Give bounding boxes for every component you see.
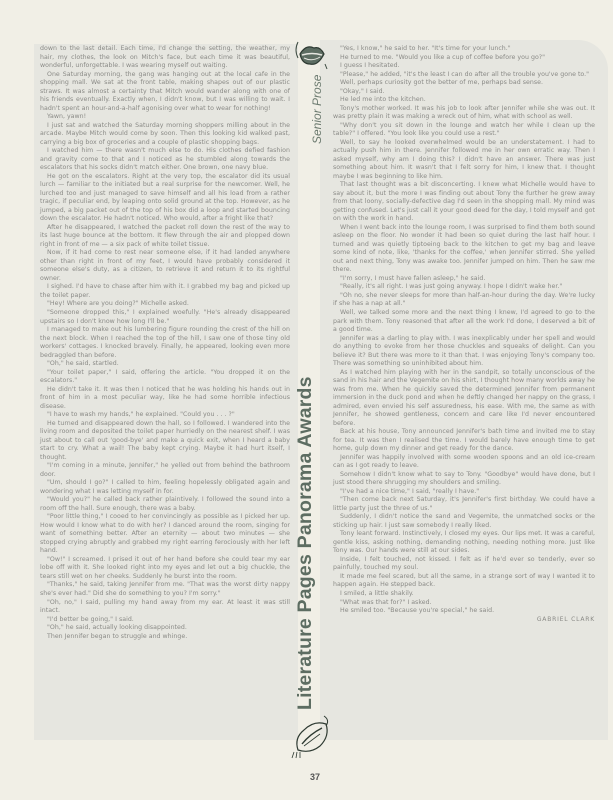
- paragraph: "Please," he added, "it's the least I ca…: [333, 71, 595, 80]
- paragraph: "Really, it's all right. I was just goin…: [333, 283, 595, 292]
- story-column-right: "Yes, I know," he said to her. "It's tim…: [333, 45, 595, 624]
- paragraph: He smiled too. "Because you're special,"…: [333, 607, 595, 616]
- paragraph: I just sat and watched the Saturday morn…: [40, 122, 290, 148]
- paragraph: I smiled, a little shakily.: [333, 590, 595, 599]
- paragraph: It made me feel scared, but all the same…: [333, 573, 595, 590]
- paragraph: "Poor little thing," I cooed to her conv…: [40, 513, 290, 556]
- page-number: 37: [300, 772, 330, 782]
- paragraph: He turned and disappeared down the hall,…: [40, 420, 290, 463]
- paragraph: He led me into the kitchen.: [333, 96, 595, 105]
- story-column-left: down to the last detail. Each time, I'd …: [40, 45, 290, 641]
- paragraph: One Saturday morning, the gang was hangi…: [40, 71, 290, 114]
- paragraph: "I'm sorry, I must have fallen asleep," …: [333, 275, 595, 284]
- paragraph: I guess I hesitated.: [333, 62, 595, 71]
- paragraph: Suddenly, I didn't notice the sand and V…: [333, 513, 595, 530]
- paragraph: I sighed. I'd have to chase after him wi…: [40, 283, 290, 300]
- paragraph: Somehow I didn't know what to say to Ton…: [333, 471, 595, 488]
- paragraph: "Oh no, she never sleeps for more than h…: [333, 292, 595, 309]
- paragraph: "I've had a nice time," I said, "really …: [333, 488, 595, 497]
- paragraph: When I went back into the lounge room, I…: [333, 224, 595, 275]
- paragraph: As I watched him playing with her in the…: [333, 369, 595, 429]
- section-subtitle: Senior Prose: [310, 75, 324, 144]
- paragraph: "Um, should I go?" I called to him, feel…: [40, 479, 290, 496]
- paragraph: "Then come back next Saturday, it's Jenn…: [333, 496, 595, 513]
- paragraph: down to the last detail. Each time, I'd …: [40, 45, 290, 71]
- paragraph: Well, to say he looked overwhelmed would…: [333, 139, 595, 182]
- paragraph: "Your toilet paper," I said, offering th…: [40, 369, 290, 386]
- author-byline: GABRIEL CLARK: [333, 616, 595, 625]
- paragraph: That last thought was a bit disconcertin…: [333, 181, 595, 224]
- paragraph: "What was that for?" I asked.: [333, 599, 595, 608]
- paragraph: He got on the escalators. Right at the v…: [40, 173, 290, 224]
- lips-icon: [292, 36, 330, 76]
- paragraph: "Okay," I said.: [333, 88, 595, 97]
- paragraph: "Oh," he said, startled.: [40, 360, 290, 369]
- paragraph: Now, if it had come to rest near someone…: [40, 249, 290, 283]
- paragraph: He turned to me. "Would you like a cup o…: [333, 54, 595, 63]
- paragraph: He didn't take it. It was then I noticed…: [40, 386, 290, 412]
- paragraph: Then Jennifer began to struggle and whin…: [40, 633, 290, 642]
- paragraph: "Ow!" I screamed. I prised it out of her…: [40, 556, 290, 582]
- paragraph: Well, perhaps curiosity got the better o…: [333, 79, 595, 88]
- paragraph: Jennifer was happily involved with some …: [333, 454, 595, 471]
- lips-icon: [290, 712, 334, 760]
- paragraph: Back at his house, Tony announced Jennif…: [333, 428, 595, 454]
- paragraph: "I have to wash my hands," he explained.…: [40, 411, 290, 420]
- paragraph: "Would you?" he called back rather plain…: [40, 496, 290, 513]
- paragraph: "Someone dropped this," I explained woef…: [40, 309, 290, 326]
- paragraph: "Hey! Where are you doing?" Michelle ask…: [40, 300, 290, 309]
- paragraph: I managed to make out his lumbering figu…: [40, 326, 290, 360]
- paragraph: Well, we talked some more and the next t…: [333, 309, 595, 335]
- paragraph: "Thanks," he said, taking Jennifer from …: [40, 581, 290, 598]
- paragraph: Yawn, yawn!: [40, 113, 290, 122]
- paragraph: "Why don't you sit down in the lounge an…: [333, 122, 595, 139]
- paragraph: Inside, I felt touched, not kissed. I fe…: [333, 556, 595, 573]
- paragraph: Tony's mother worked. It was his job to …: [333, 105, 595, 122]
- section-title: Literature Pages Panorama Awards: [294, 376, 317, 710]
- paragraph: "Oh," he said, actually looking disappoi…: [40, 624, 290, 633]
- paragraph: Tony leant forward. Instinctively, I clo…: [333, 530, 595, 556]
- paragraph: "I'd better be going," I said.: [40, 616, 290, 625]
- paragraph: I watched him — there wasn't much else t…: [40, 147, 290, 173]
- paragraph: "Oh, no," I said, pulling my hand away f…: [40, 599, 290, 616]
- paragraph: "Yes, I know," he said to her. "It's tim…: [333, 45, 595, 54]
- paragraph: Jennifer was a darling to play with. I w…: [333, 335, 595, 369]
- paragraph: "I'm coming in a minute, Jennifer," he y…: [40, 462, 290, 479]
- paragraph: After he disappeared, I watched the pack…: [40, 224, 290, 250]
